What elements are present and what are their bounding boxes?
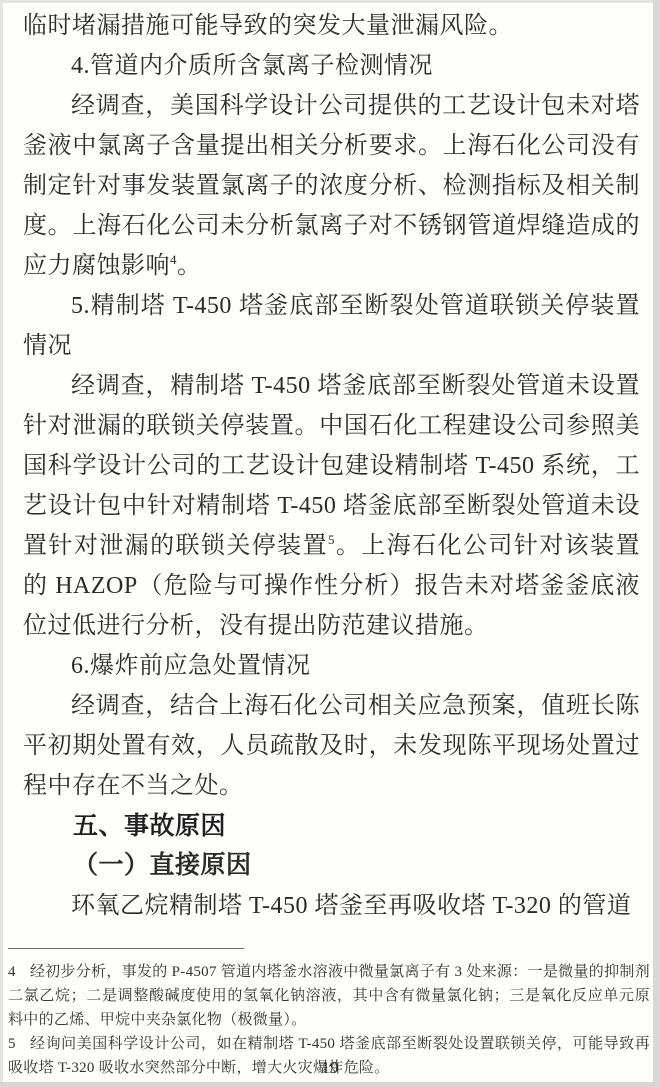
item-6-paragraph: 经调查，结合上海石化公司相关应急预案，值班长陈平初期处置有效，人员疏散及时，未发… <box>23 686 640 806</box>
paragraph-continuation: 临时堵漏措施可能导致的突发大量泄漏风险。 <box>23 6 640 46</box>
footnote-4-marker: 4 <box>8 964 30 980</box>
page-number: 19 <box>0 1058 660 1078</box>
document-page: 临时堵漏措施可能导致的突发大量泄漏风险。 4.管道内介质所含氯离子检测情况 经调… <box>0 0 660 1087</box>
item-5-heading: 5.精制塔 T-450 塔釜底部至断裂处管道联锁关停装置情况 <box>23 286 640 366</box>
footnote-4: 4经初步分析，事发的 P-4507 管道内塔釜水溶液中微量氯离子有 3 处来源：… <box>8 960 650 1032</box>
item-5-paragraph: 经调查，精制塔 T-450 塔釜底部至断裂处管道未设置针对泄漏的联锁关停装置。中… <box>23 366 640 646</box>
footnote-divider <box>8 948 244 949</box>
footnote-5-marker: 5 <box>8 1036 30 1052</box>
footnote-ref-4: 4 <box>170 252 177 267</box>
section-heading-causes: 五、事故原因 <box>23 806 640 846</box>
item-4-heading: 4.管道内介质所含氯离子检测情况 <box>23 46 640 86</box>
subsection-heading-direct-cause: （一）直接原因 <box>23 846 640 886</box>
footnote-ref-5: 5 <box>328 532 335 547</box>
item-4-paragraph-text: 经调查，美国科学设计公司提供的工艺设计包未对塔釜液中氯离子含量提出相关分析要求。… <box>23 93 640 279</box>
page-body: 临时堵漏措施可能导致的突发大量泄漏风险。 4.管道内介质所含氯离子检测情况 经调… <box>23 6 640 926</box>
item-6-heading: 6.爆炸前应急处置情况 <box>23 646 640 686</box>
footnote-4-text: 经初步分析，事发的 P-4507 管道内塔釜水溶液中微量氯离子有 3 处来源：一… <box>8 964 650 1028</box>
item-4-paragraph: 经调查，美国科学设计公司提供的工艺设计包未对塔釜液中氯离子含量提出相关分析要求。… <box>23 86 640 286</box>
item-4-paragraph-end: 。 <box>177 253 202 279</box>
direct-cause-paragraph: 环氧乙烷精制塔 T-450 塔釜至再吸收塔 T-320 的管道 <box>23 886 640 926</box>
